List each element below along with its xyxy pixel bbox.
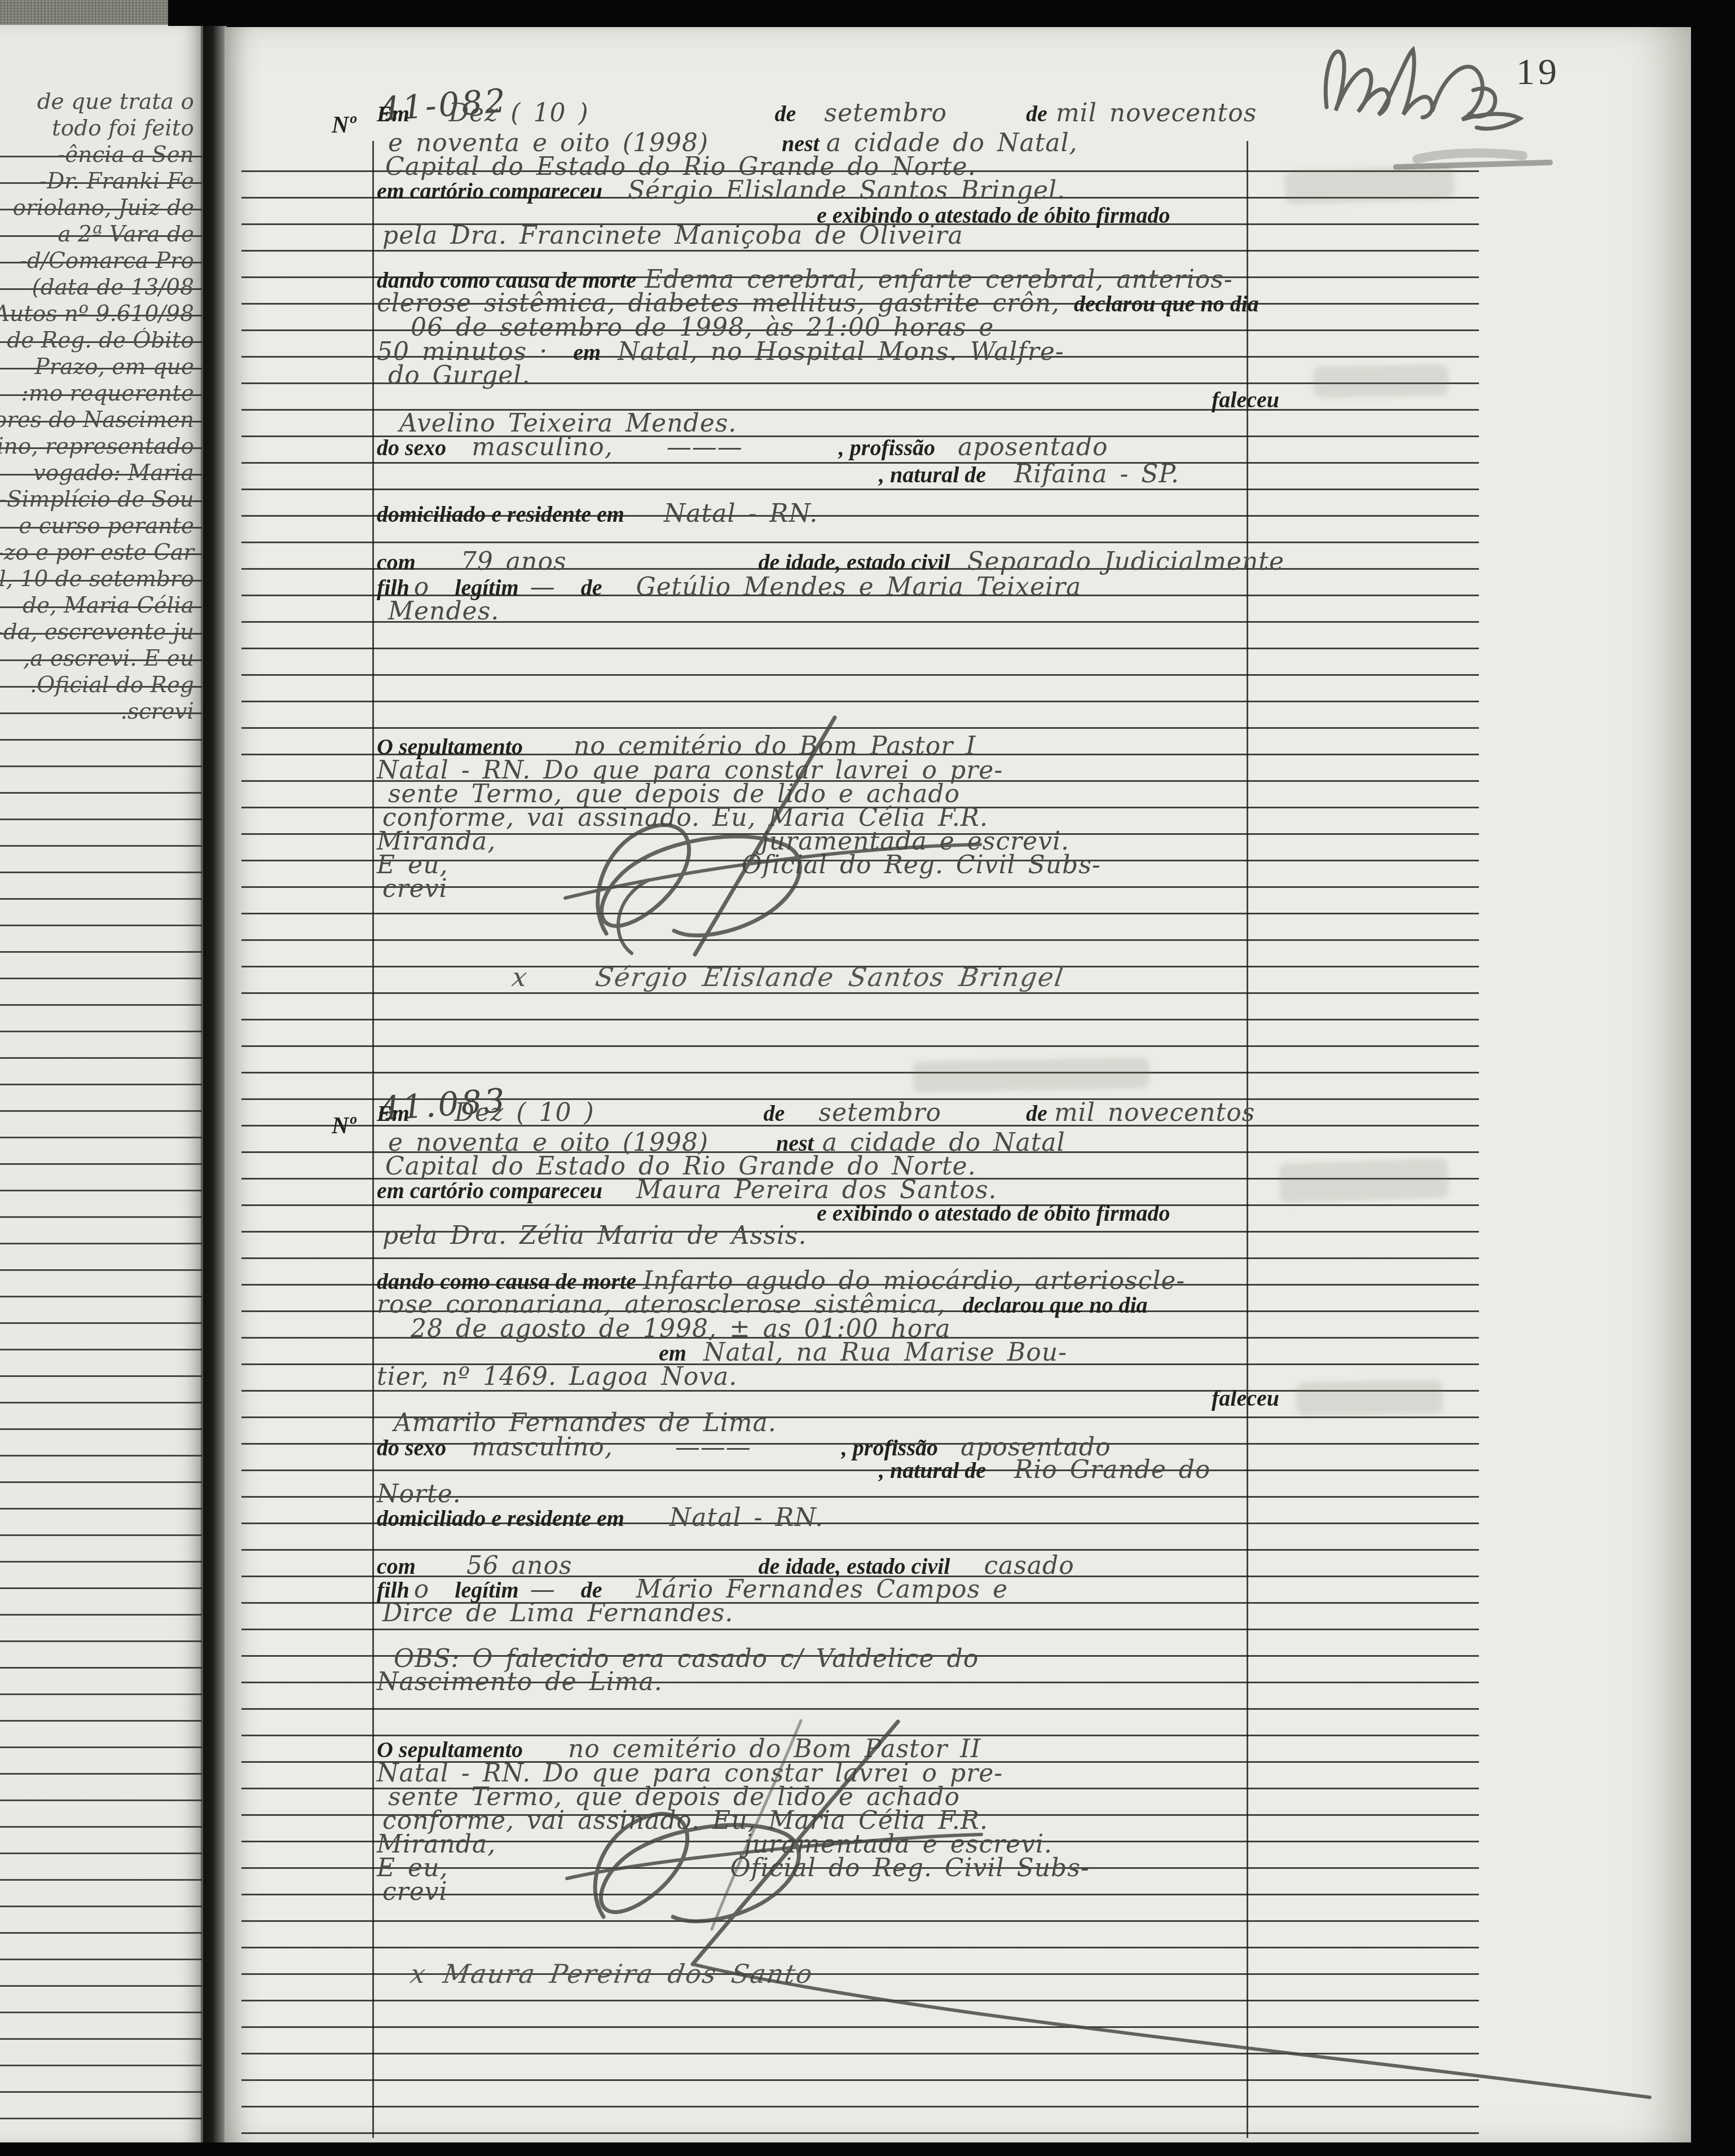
printed-form-label: de [1026,1100,1047,1127]
margin-note-line: Prazo, em que [0,354,200,382]
previous-page-edge: de que trata otodo foi feitoência a Sen-… [0,25,203,2144]
printed-form-label: do sexo [377,434,446,461]
handwritten-text: Dirce de Lima Fernandes. [382,1599,733,1627]
entry-line: xMaura Pereira dos Santo [377,1959,1336,1989]
entry-line: EmDez ( 10 )desetembrodemil novecentos [377,1098,1336,1127]
margin-note-line: d/Comarca Pro- [0,248,200,276]
margin-note-line: da, escrevente ju- [0,619,200,648]
scanned-death-register-page: de que trata otodo foi feitoência a Sen-… [0,0,1735,2156]
handwritten-text: mil novecentos [1054,1098,1255,1127]
handwritten-text: Nascimento de Lima. [377,1667,663,1696]
entry-line: faleceu [377,1385,1336,1411]
handwritten-text: setembro [824,99,947,127]
margin-note-line: de Reg. de Óbito [0,328,200,356]
entry-line: Nascimento de Lima. [377,1667,1336,1696]
entry-line: domiciliado e residente emNatal - RN. [377,1503,1336,1532]
printed-form-label: em cartório compareceu [377,178,602,204]
signature-text: Maura Pereira dos Santo [441,1959,815,1989]
photo-background [168,0,1735,26]
handwritten-text: Separado Judicialmente [967,547,1284,576]
margin-note-line: Oficial do Reg. [0,672,200,701]
margin-note-line: screvi. [0,699,200,727]
entry-line: EmDez ( 10 )desetembrodemil novecentos [377,99,1336,127]
margin-note-line: dores do Nascimen- [0,407,200,435]
handwritten-text: Natal - RN. [670,1503,824,1532]
margin-note-line: vogado: Maria [0,460,200,489]
book-gutter [201,23,227,2156]
entry-line: domiciliado e residente emNatal - RN. [377,499,1336,528]
printed-form-label: com [377,549,416,575]
margin-note-line: tal, 10 de setembro [0,566,200,595]
margin-note-line: de que trata o [0,89,200,117]
printed-form-label: Em [377,100,409,127]
handwritten-text: Dez ( 10 ) [449,99,589,127]
handwritten-text: Rifaina - SP. [1014,460,1179,489]
margin-note-line: todo foi feito [0,116,200,144]
entry-line: , natural deRifaina - SP. [377,460,1336,489]
margin-note-line: tino, representado [0,434,200,462]
printed-form-label: de [775,100,796,127]
entry-line: Dirce de Lima Fernandes. [377,1599,1336,1627]
margin-note-line: a escrevi. E eu, [0,646,200,674]
printed-form-label: , profissão [839,434,935,461]
printed-form-label: domiciliado e residente em [377,501,624,527]
photo-background [1691,0,1735,2156]
margin-note-line: data de 13/08) [0,275,200,303]
margin-note-line: mo requerente: [0,381,200,409]
entry-line: com79 anosde idade, estado civilSeparado… [377,547,1336,576]
printed-form-label: faleceu [1212,1385,1279,1411]
signature-text: x [408,1959,429,1989]
entry-line: xSérgio Elislande Santos Bringel [377,962,1336,992]
margin-note-line: Dr. Franki Fe- [0,169,200,197]
printed-form-label: domiciliado e residente em [377,1505,624,1532]
margin-note-line: e curso perante [0,513,200,542]
margin-note-line: de, Maria Célia [0,593,200,621]
handwritten-text: ——— [667,433,743,461]
page-number: 19 [1516,51,1560,94]
handwritten-text: Dez ( 10 ) [455,1098,595,1127]
printed-form-label: Em [377,1100,409,1127]
signature-text: x [510,962,530,992]
book-binding-cloth [0,0,169,26]
entry-line: pela Dra. Francinete Maniçoba de Oliveir… [377,221,1336,250]
entry-line: pela Dra. Zélia Maria de Assis. [377,1221,1336,1250]
handwritten-text: pela Dra. Zélia Maria de Assis. [382,1221,807,1250]
handwritten-text: aposentado [958,433,1108,461]
entry-number-label: Nº [332,112,356,139]
number-column-rule [372,141,374,2138]
handwritten-text: crevi [382,874,448,903]
entry-line: crevi [377,1877,1336,1906]
handwritten-text: mil novecentos [1056,99,1257,127]
entry-line: Mendes. [377,597,1336,626]
margin-note-line: ência a Sen- [0,142,200,170]
entry-line: em cartório compareceuSérgio Elislande S… [377,176,1336,205]
handwritten-text: setembro [818,1098,941,1127]
handwritten-text: Natal - RN. [664,499,818,528]
margin-note-line: oriolano, Juiz de [0,195,200,223]
photo-background [0,2142,1735,2156]
handwritten-text: do Gurgel. [388,361,530,390]
handwritten-text: Sérgio Elislande Santos Bringel. [628,176,1065,205]
margin-note-line: Simplício de Sou- [0,487,200,515]
printed-form-label: de [1026,100,1047,127]
printed-form-label: de idade, estado civil [759,549,950,575]
ink-bleed-smudge [913,1057,1150,1092]
printed-form-label: , natural de [879,461,986,488]
entry-line: crevi [377,874,1336,903]
handwritten-text: Mendes. [388,597,499,626]
handwritten-text: masculino, [472,433,613,461]
entry-line: do Gurgel. [377,361,1336,390]
handwritten-text: pela Dra. Francinete Maniçoba de Oliveir… [382,221,963,250]
entry-number-label: Nº [332,1112,356,1139]
margin-note-line: a 2ª Vara de [0,222,200,250]
printed-form-label: de [764,1100,785,1127]
margin-note-line: Autos nº 9.610/98 [0,301,200,329]
entry-line: do sexomasculino,———, profissãoaposentad… [377,433,1336,461]
handwritten-text: 79 anos [461,547,567,576]
signature-text: Sérgio Elislande Santos Bringel [593,962,1066,992]
margin-note-line: zo e por este Car- [0,540,200,568]
handwritten-text: crevi [382,1877,448,1906]
